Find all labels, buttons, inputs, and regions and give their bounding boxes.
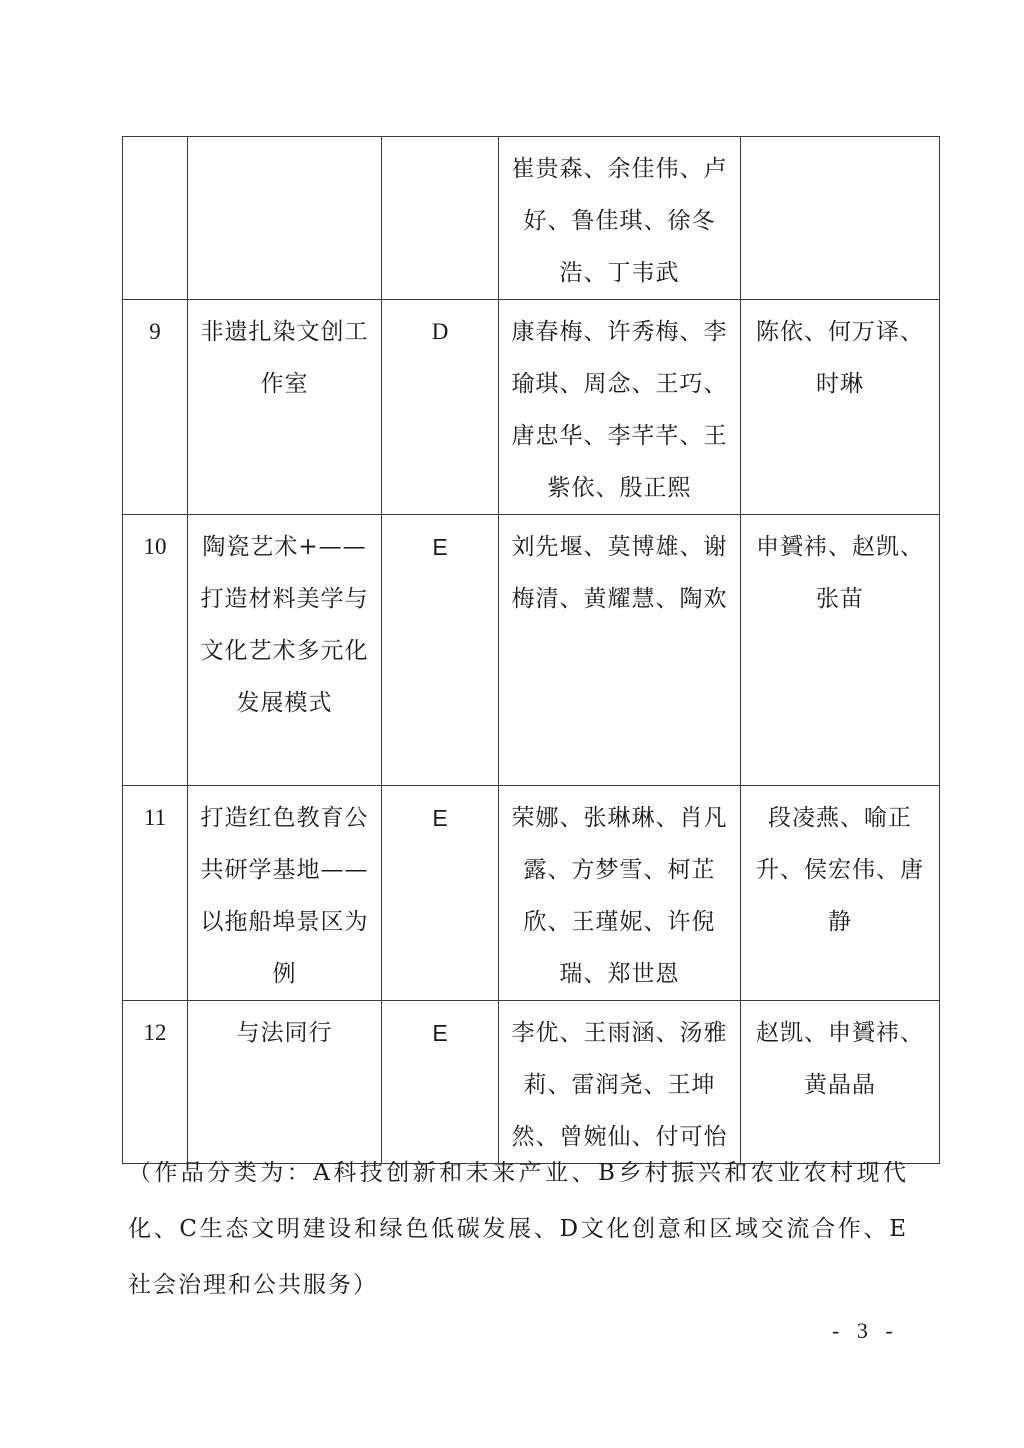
cell-number: 12	[123, 1001, 188, 1164]
cell-advisors	[741, 137, 940, 300]
cell-project-title: 打造红色教育公共研学基地——以拖船埠景区为例	[188, 786, 382, 1001]
table-row: 10 陶瓷艺术+——打造材料美学与文化艺术多元化发展模式 E 刘先堰、莫博雄、谢…	[123, 515, 940, 786]
cell-number: 9	[123, 300, 188, 515]
category-legend-note: （作品分类为：A科技创新和未来产业、B乡村振兴和农业农村现代化、C生态文明建设和…	[128, 1145, 908, 1313]
cell-category: E	[382, 1001, 499, 1164]
cell-number: 10	[123, 515, 188, 786]
cell-advisors: 赵凯、申贇祎、黄晶晶	[741, 1001, 940, 1164]
cell-category	[382, 137, 499, 300]
cell-category: E	[382, 786, 499, 1001]
cell-category: D	[382, 300, 499, 515]
cell-number	[123, 137, 188, 300]
cell-project-title: 非遗扎染文创工作室	[188, 300, 382, 515]
page-number: - 3 -	[832, 1318, 899, 1344]
cell-project-title: 陶瓷艺术+——打造材料美学与文化艺术多元化发展模式	[188, 515, 382, 786]
table-row-continued: 崔贵森、余佳伟、卢好、鲁佳琪、徐冬浩、丁韦武	[123, 137, 940, 300]
cell-number: 11	[123, 786, 188, 1001]
cell-project-title: 与法同行	[188, 1001, 382, 1164]
table-row: 9 非遗扎染文创工作室 D 康春梅、许秀梅、李瑜琪、周念、王巧、唐忠华、李芊芊、…	[123, 300, 940, 515]
document-page: 崔贵森、余佳伟、卢好、鲁佳琪、徐冬浩、丁韦武 9 非遗扎染文创工作室 D 康春梅…	[0, 0, 1024, 1448]
cell-advisors: 段凌燕、喻正升、侯宏伟、唐静	[741, 786, 940, 1001]
cell-category: E	[382, 515, 499, 786]
cell-advisors: 陈依、何万译、时琳	[741, 300, 940, 515]
cell-project-title	[188, 137, 382, 300]
cell-team-members: 康春梅、许秀梅、李瑜琪、周念、王巧、唐忠华、李芊芊、王紫依、殷正熙	[499, 300, 741, 515]
cell-team-members: 荣娜、张琳琳、肖凡露、方梦雪、柯芷欣、王瑾妮、许倪瑞、郑世恩	[499, 786, 741, 1001]
table-row: 12 与法同行 E 李优、王雨涵、汤雅莉、雷润尧、王坤然、曾婉仙、付可怡 赵凯、…	[123, 1001, 940, 1164]
cell-team-members: 李优、王雨涵、汤雅莉、雷润尧、王坤然、曾婉仙、付可怡	[499, 1001, 741, 1164]
cell-team-members: 崔贵森、余佳伟、卢好、鲁佳琪、徐冬浩、丁韦武	[499, 137, 741, 300]
cell-team-members: 刘先堰、莫博雄、谢梅清、黄耀慧、陶欢	[499, 515, 741, 786]
table-row: 11 打造红色教育公共研学基地——以拖船埠景区为例 E 荣娜、张琳琳、肖凡露、方…	[123, 786, 940, 1001]
cell-advisors: 申贇祎、赵凯、张苗	[741, 515, 940, 786]
team-roster-table: 崔贵森、余佳伟、卢好、鲁佳琪、徐冬浩、丁韦武 9 非遗扎染文创工作室 D 康春梅…	[122, 136, 940, 1164]
